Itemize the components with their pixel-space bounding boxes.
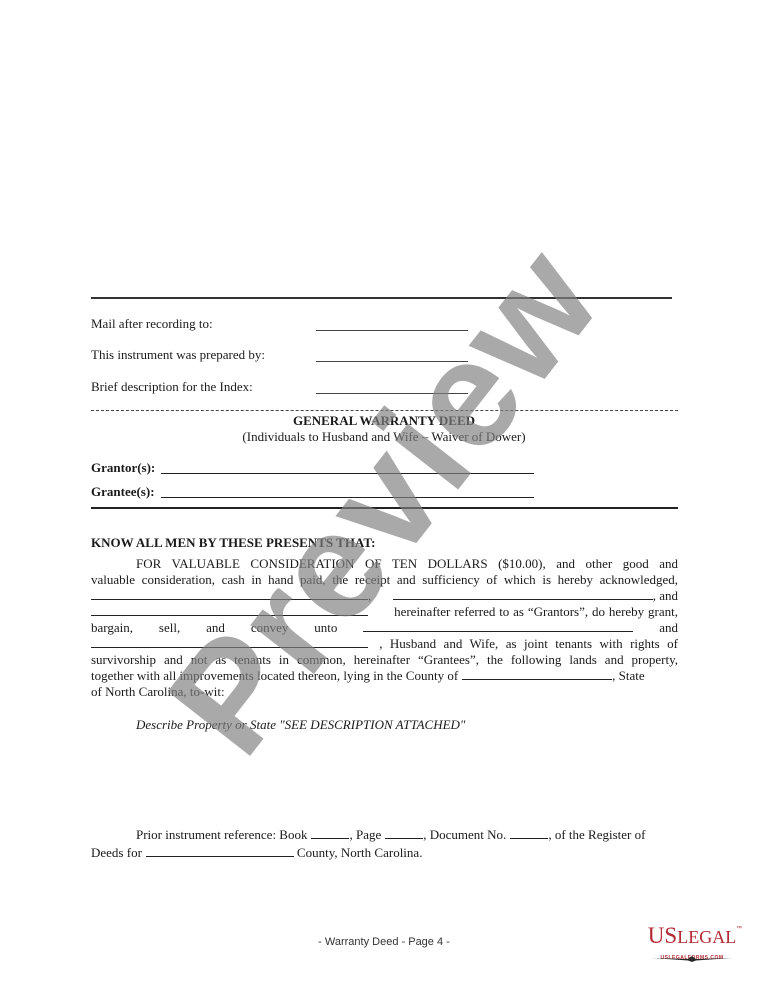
para-line-4: hereinafter referred to as “Grantors”, d… (91, 604, 678, 620)
para-line-2: valuable consideration, cash in hand pai… (91, 572, 678, 588)
document-page: Mail after recording to: This instrument… (0, 0, 768, 993)
prior-ref-line-2: Deeds for County, North Carolina. (91, 845, 422, 861)
index-description-blank (316, 393, 468, 394)
grantee-2-blank (91, 636, 368, 648)
top-rule (91, 297, 672, 299)
separator-rule (91, 410, 678, 411)
prepared-by-blank (316, 361, 468, 362)
grantor-1-blank (91, 588, 368, 600)
prepared-by-label: This instrument was prepared by: (91, 347, 265, 363)
grantee-blank (161, 497, 534, 498)
county-blank (462, 668, 612, 680)
grantor-2-blank (393, 588, 653, 600)
mail-after-recording-blank (316, 330, 468, 331)
eagle-wing-icon (652, 949, 732, 955)
register-county-blank (146, 845, 294, 857)
grantor-3-blank (91, 604, 368, 616)
grantor-blank (161, 473, 534, 474)
know-all-heading: KNOW ALL MEN BY THESE PRESENTS THAT: (91, 535, 375, 551)
index-description-label: Brief description for the Index: (91, 379, 253, 395)
property-description-instruction: Describe Property or State "SEE DESCRIPT… (136, 717, 465, 733)
page-blank (385, 827, 423, 839)
uslegal-logo[interactable]: USLEGAL ™ USLEGALFORMS.COM (640, 924, 744, 964)
grantee-label: Grantee(s): (91, 484, 155, 500)
thick-rule (91, 507, 678, 509)
para-line-8: together with all improvements located t… (91, 668, 678, 684)
logo-wordmark: USLEGAL (640, 924, 744, 949)
mail-after-recording-label: Mail after recording to: (91, 316, 213, 332)
deed-subtitle: (Individuals to Husband and Wife – Waive… (0, 429, 768, 445)
prior-ref-line-1: Prior instrument reference: Book , Page … (136, 827, 645, 843)
para-line-7: survivorship and not as tenants in commo… (91, 652, 678, 668)
para-line-5: bargain, sell, and convey unto and (91, 620, 678, 636)
grantor-label: Grantor(s): (91, 460, 155, 476)
para-line-9: of North Carolina, to-wit: (91, 684, 225, 700)
para-line-6: , Husband and Wife, as joint tenants wit… (91, 636, 678, 652)
para-line-3: , , and (91, 588, 678, 604)
deed-title: GENERAL WARRANTY DEED (0, 413, 768, 429)
document-no-blank (510, 827, 548, 839)
grantee-1-blank (363, 620, 633, 632)
book-blank (311, 827, 349, 839)
para-line-1: FOR VALUABLE CONSIDERATION OF TEN DOLLAR… (136, 556, 678, 572)
